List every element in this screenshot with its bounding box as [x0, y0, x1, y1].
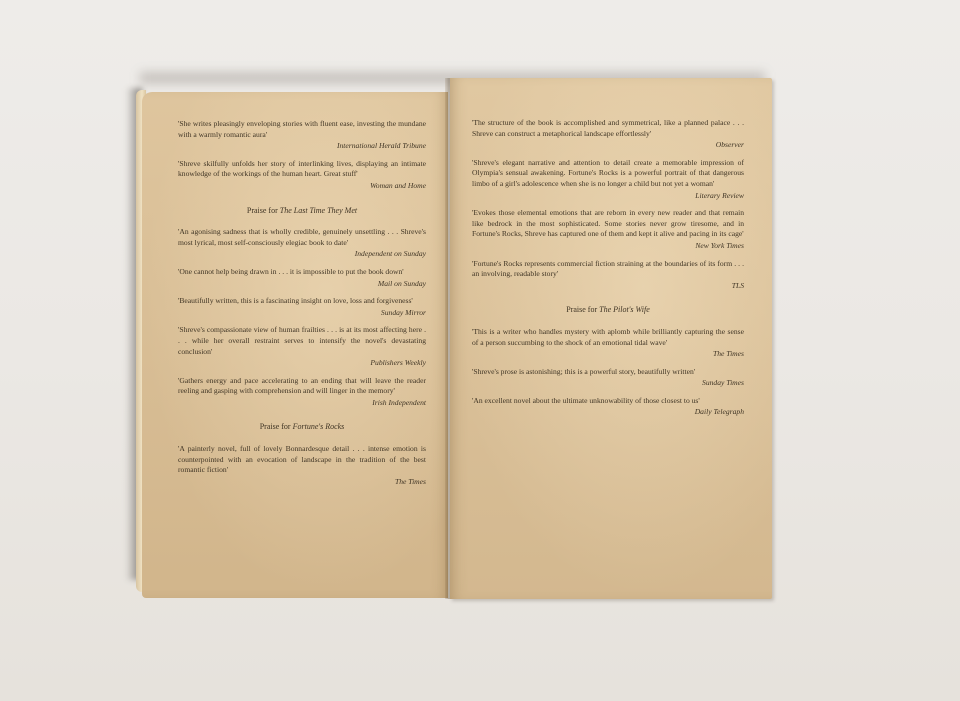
review-source: Literary Review: [472, 191, 744, 202]
review-source: New York Times: [472, 241, 744, 252]
heading-prefix: Praise for: [566, 305, 597, 314]
review-quote: 'Shreve's compassionate view of human fr…: [178, 325, 426, 357]
review-quote: 'One cannot help being drawn in . . . it…: [178, 267, 426, 278]
left-page: 'She writes pleasingly enveloping storie…: [142, 92, 448, 598]
review-source: Sunday Times: [472, 378, 744, 389]
review-source: The Times: [178, 477, 426, 488]
review-source: Observer: [472, 140, 744, 151]
review-source: Publishers Weekly: [178, 358, 426, 369]
review-source: International Herald Tribune: [178, 141, 426, 152]
open-book: 'She writes pleasingly enveloping storie…: [136, 78, 774, 598]
book-title: Fortune's Rocks: [293, 422, 345, 431]
review-quote: 'Shreve's elegant narrative and attentio…: [472, 158, 744, 190]
right-page-text: 'The structure of the book is accomplish…: [472, 118, 744, 425]
left-page-text: 'She writes pleasingly enveloping storie…: [178, 119, 426, 494]
review-quote: 'Shreve's prose is astonishing; this is …: [472, 367, 744, 378]
review-source: The Times: [472, 349, 744, 360]
review-quote: 'This is a writer who handles mystery wi…: [472, 327, 744, 348]
review-quote: 'She writes pleasingly enveloping storie…: [178, 119, 426, 140]
book-title: The Last Time They Met: [280, 206, 357, 215]
praise-heading: Praise for The Last Time They Met: [178, 206, 426, 217]
review-source: Woman and Home: [178, 181, 426, 192]
praise-heading: Praise for The Pilot's Wife: [472, 305, 744, 316]
review-quote: 'Gathers energy and pace accelerating to…: [178, 376, 426, 397]
review-source: Daily Telegraph: [472, 407, 744, 418]
review-source: Sunday Mirror: [178, 308, 426, 319]
review-quote: 'Evokes those elemental emotions that ar…: [472, 208, 744, 240]
review-source: Independent on Sunday: [178, 249, 426, 260]
review-quote: 'Beautifully written, this is a fascinat…: [178, 296, 426, 307]
review-source: Mail on Sunday: [178, 279, 426, 290]
review-quote: 'An excellent novel about the ultimate u…: [472, 396, 744, 407]
book-title: The Pilot's Wife: [599, 305, 650, 314]
heading-prefix: Praise for: [260, 422, 291, 431]
right-page: 'The structure of the book is accomplish…: [450, 78, 772, 599]
review-quote: 'The structure of the book is accomplish…: [472, 118, 744, 139]
review-source: TLS: [472, 281, 744, 292]
review-quote: 'Fortune's Rocks represents commercial f…: [472, 259, 744, 280]
review-quote: 'Shreve skilfully unfolds her story of i…: [178, 159, 426, 180]
review-quote: 'An agonising sadness that is wholly cre…: [178, 227, 426, 248]
review-source: Irish Independent: [178, 398, 426, 409]
review-quote: 'A painterly novel, full of lovely Bonna…: [178, 444, 426, 476]
heading-prefix: Praise for: [247, 206, 278, 215]
praise-heading: Praise for Fortune's Rocks: [178, 422, 426, 433]
